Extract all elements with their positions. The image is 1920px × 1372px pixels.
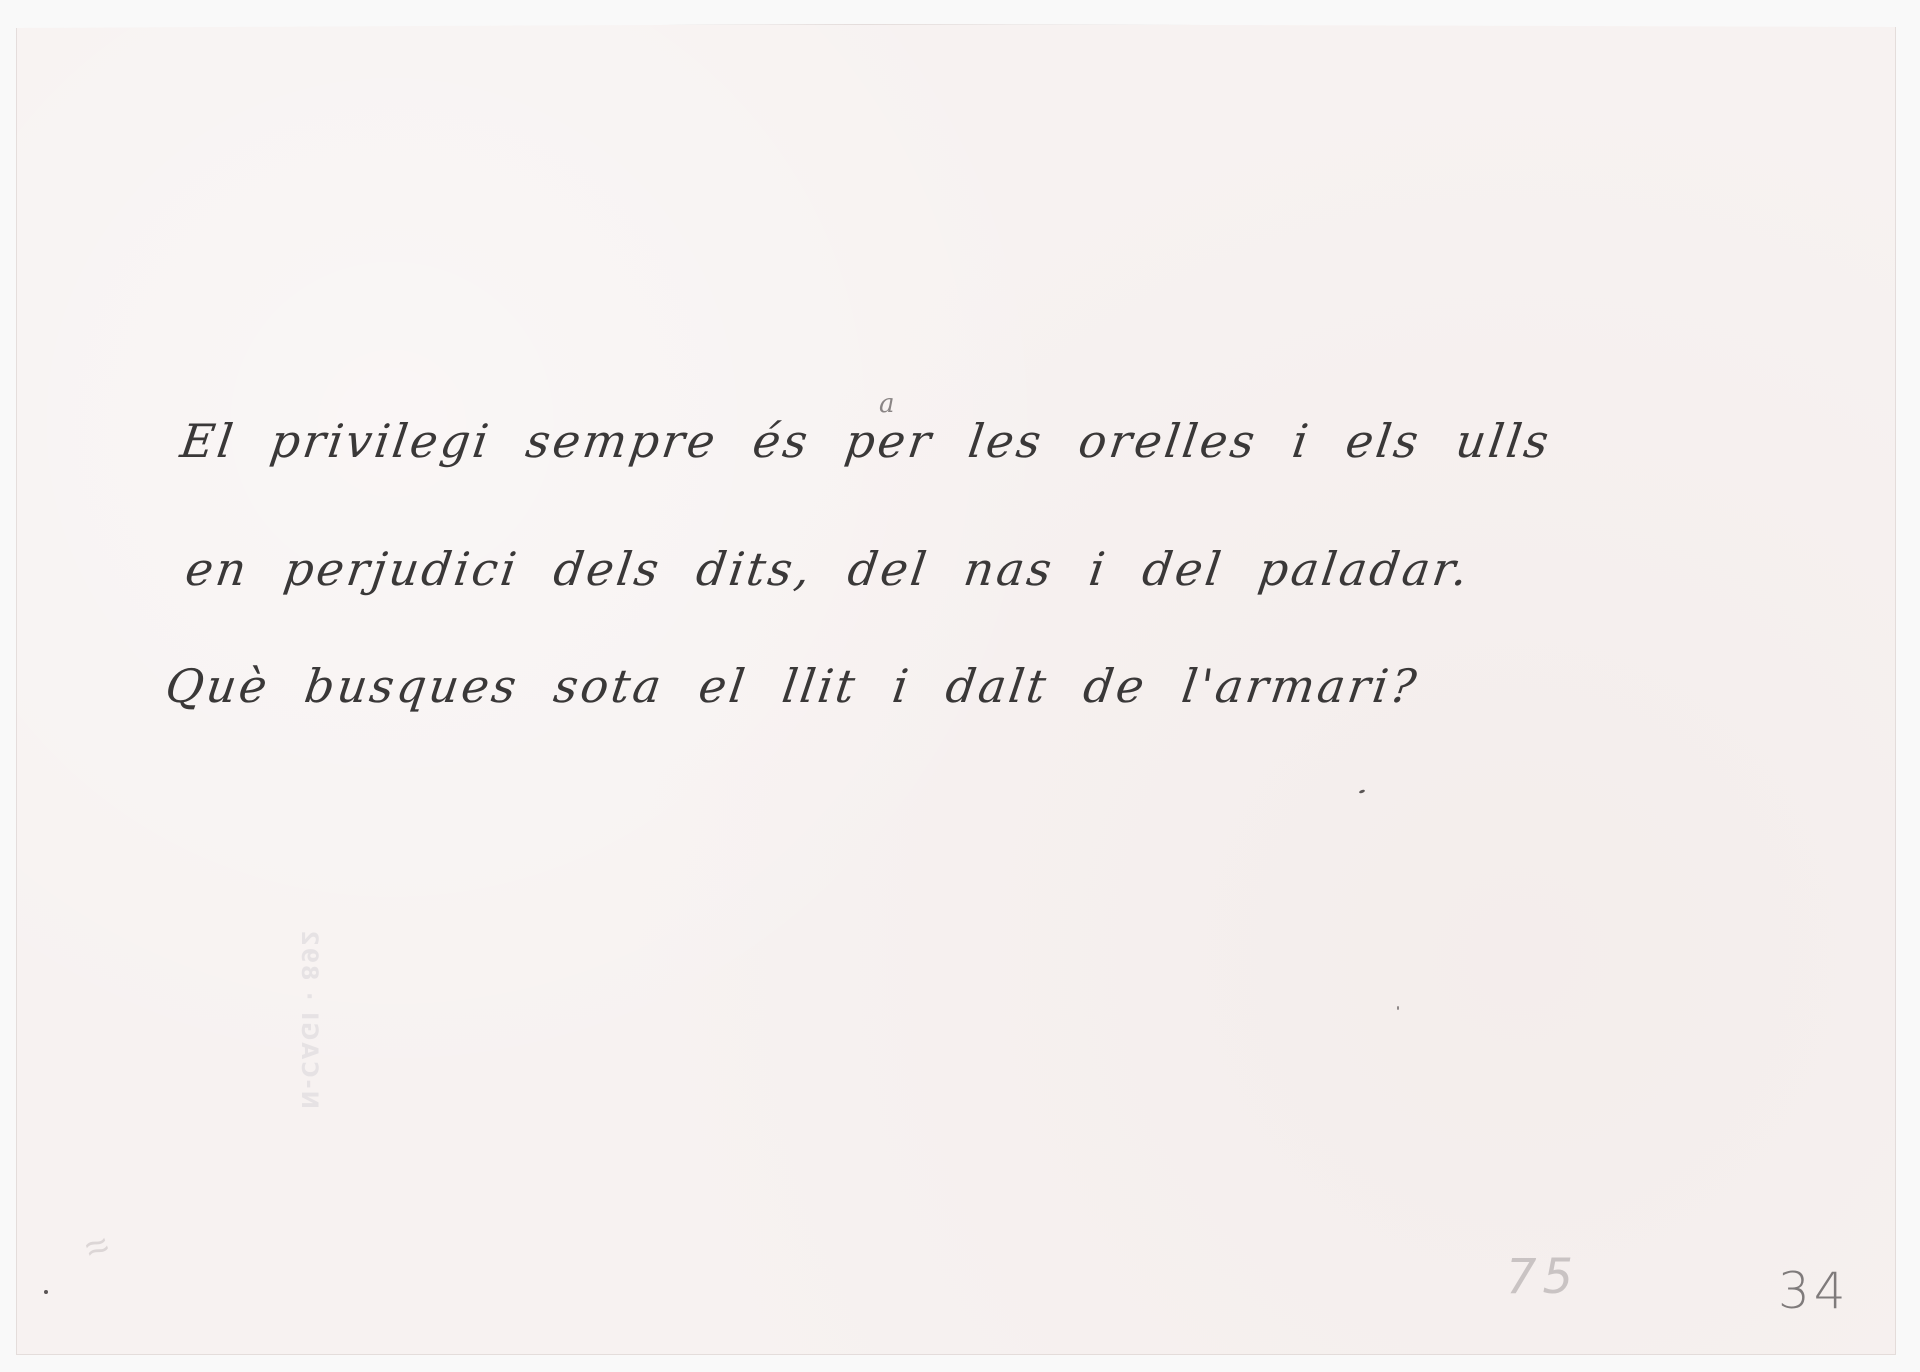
ink-speck [1397,1006,1399,1010]
manuscript-paper: N-CAGI · 892 a El privilegi sempre és pe… [16,24,1896,1355]
manuscript-line-2: en perjudici dels dits, del nas i del pa… [182,542,1474,596]
manuscript-line-3: Què busques sota el llit i dalt de l'arm… [162,659,1422,713]
faint-erased-mark: ≈ [79,1222,115,1273]
ink-speck [1359,789,1366,794]
page-number: 34 [1778,1262,1850,1320]
ink-speck [44,1290,48,1294]
manuscript-line-1: El privilegi sempre és per les orelles i… [177,414,1555,468]
faint-pencil-number: 75 [1506,1249,1579,1305]
scan-canvas: N-CAGI · 892 a El privilegi sempre és pe… [0,0,1920,1372]
bleed-through-stamp: N-CAGI · 892 [291,879,321,1109]
